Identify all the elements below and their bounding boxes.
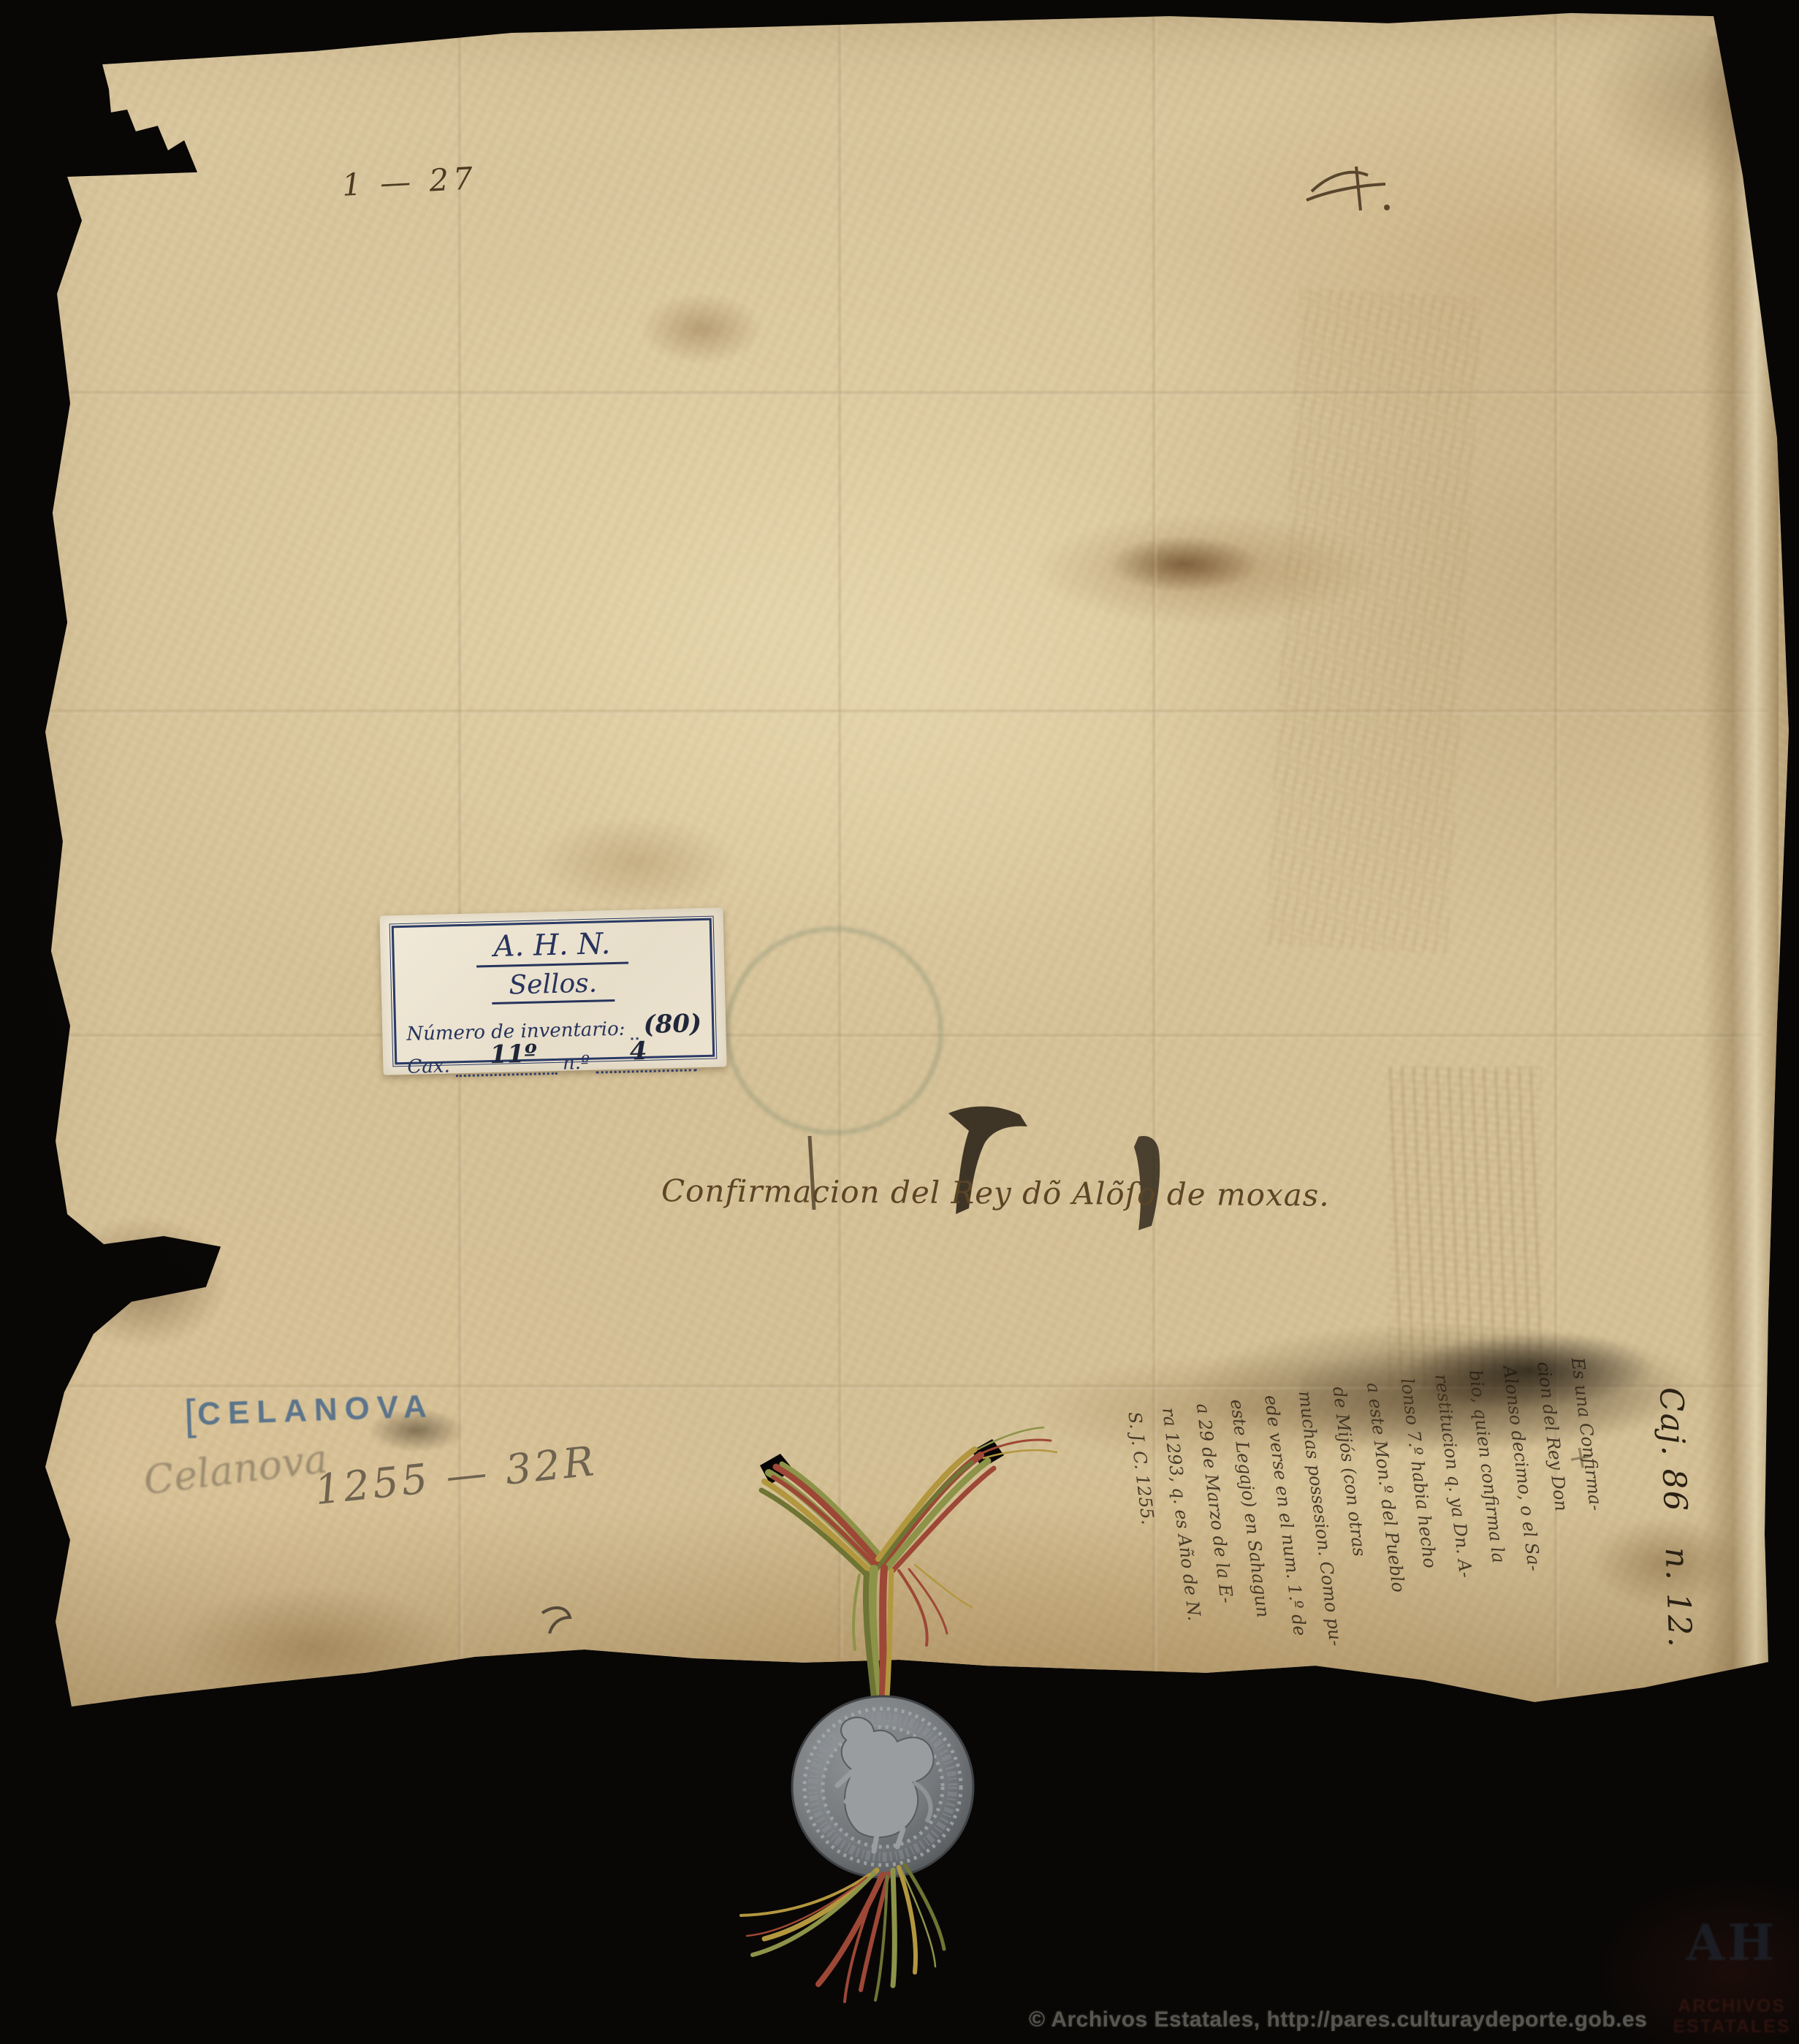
logo-text-line: ESTATALES — [1667, 2016, 1796, 2037]
label-number-value: 4 — [629, 1037, 647, 1067]
archive-label-border: A. H. N. Sellos. Número de inventario: (… — [392, 918, 715, 1065]
archive-label: A. H. N. Sellos. Número de inventario: (… — [379, 907, 726, 1075]
label-inventory-value: (80) — [643, 1009, 701, 1040]
photo-stage: 1 — 27 A. H. N. Sellos. Número de invent… — [0, 0, 1799, 2044]
logo-initials: AH — [1667, 1920, 1796, 1967]
faded-illegible-script — [1266, 288, 1483, 954]
dorsal-title: Confirmacion del Rey dõ Alõſo de moxas. — [661, 1172, 1246, 1213]
label-box-caption: Cax. — [407, 1055, 450, 1078]
logo-text-line: ARCHIVOS — [1667, 1996, 1796, 2016]
seal-lion-rampant — [841, 1717, 934, 1837]
label-archive-initials: A. H. N. — [476, 926, 628, 967]
fold-crease-vertical — [839, 15, 843, 1658]
right-edge-fold — [1703, 37, 1779, 1680]
grime-stain — [1298, 1316, 1683, 1453]
stamp-bracket: [ — [183, 1391, 198, 1439]
thread-tassel — [741, 1864, 944, 2002]
seal-lion-tail — [913, 1782, 931, 1822]
copyright-watermark: © Archivos Estatales, http://pares.cultu… — [1029, 2007, 1647, 2032]
ghost-seal-impression — [725, 926, 943, 1135]
seal-legend-relief — [813, 1717, 953, 1857]
fold-crease-horizontal — [44, 392, 1754, 395]
label-box-value: 11º — [490, 1040, 537, 1070]
ahn-logo-watermark: AH ARCHIVOS ESTATALES — [1667, 1920, 1796, 2037]
label-section-title: Sellos. — [491, 968, 615, 1004]
lead-seal — [792, 1696, 973, 1877]
dotted-leader: 11º — [455, 1050, 557, 1077]
fold-crease-vertical — [459, 22, 463, 1673]
seal-lion-limbs — [837, 1771, 903, 1851]
celanova-stamp: [CELANOVA — [183, 1382, 435, 1440]
parchment: 1 — 27 A. H. N. Sellos. Número de invent… — [0, 0, 1799, 2044]
fold-crease-horizontal — [44, 710, 1768, 714]
shelfmark-number: n. 12. — [1658, 1547, 1699, 1649]
dotted-leader: 4 — [596, 1047, 697, 1073]
label-number-caption: n.º — [563, 1052, 590, 1075]
foliation-number: 1 — 27 — [341, 160, 478, 203]
